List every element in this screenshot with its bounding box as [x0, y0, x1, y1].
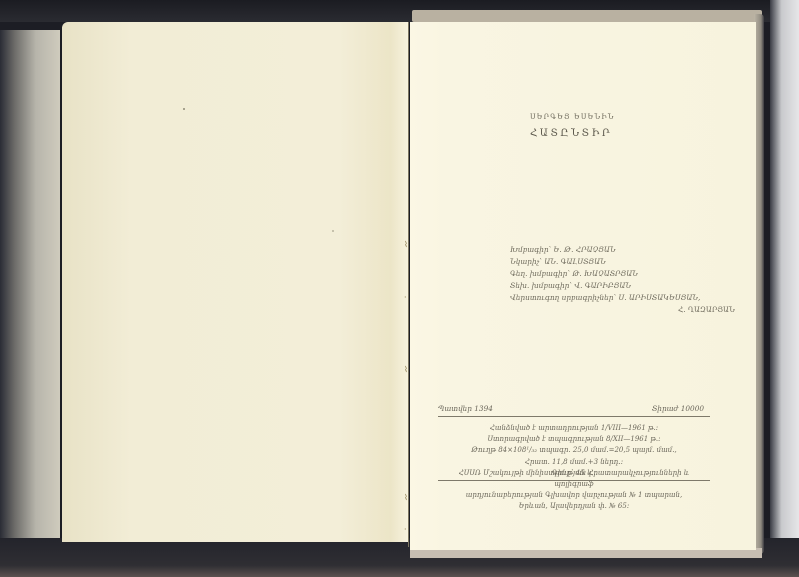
- imprint-line: Հանձնված է արտադրության 1/VIII—1961 թ.։: [438, 423, 710, 434]
- book-title: ՀԱՏԸՆՏԻՐ: [530, 128, 612, 139]
- credit-line: Գեղ. խմբագիր՝ Թ. ԽԱՉԱՏՐՅԱՆ: [510, 268, 735, 280]
- credit-line: Խմբագիր՝ Ե. Թ. ՀՐԱՉՅԱՆ: [510, 244, 735, 256]
- imprint-line: Ստորագրված է տպագրության 8/XII—1961 թ.։: [438, 434, 710, 445]
- author-name: ՍԵՐԳԵՅ ԵՍԵՆԻՆ: [530, 113, 615, 121]
- divider: [438, 416, 710, 417]
- order-number: Պատվեր 1394: [438, 404, 493, 413]
- scanner-right-edge: [770, 0, 799, 577]
- print-run: Տիրաժ 10000: [652, 404, 704, 413]
- imprint-line: Թուղթ 84×108¹/₃₂ տպագր. 25,0 մամ.=20,5 պ…: [438, 445, 710, 456]
- binding-stitch: ⌇: [404, 368, 412, 372]
- binding-stitch: ·: [404, 296, 412, 300]
- imprint-line: Հրատ. 11,8 մամ.+3 ներդ.։: [438, 457, 710, 468]
- binding-stitch: ·: [404, 528, 412, 532]
- left-page: [62, 22, 408, 542]
- binding-stitch: ⌇: [404, 496, 412, 500]
- credit-line: Հ. ՂԱԶԱՐՅԱՆ: [510, 304, 735, 316]
- printer-line: ՀՍՍՌ Մշակույթի մինիստրության Հրատարակչու…: [438, 468, 710, 490]
- scanner-left-edge: [0, 30, 60, 540]
- credit-line: Նկարիչ՝ ԱՆ. ԳԱԼՍՏՅԱՆ: [510, 256, 735, 268]
- credit-line: Վերստուգող սրբագրիչներ՝ Ս. ԱՐԻՍՏԱԿԵՍՅԱՆ,: [510, 292, 735, 304]
- credit-line: Տեխ. խմբագիր՝ Վ. ԳԱՐԻԲՅԱՆ: [510, 280, 735, 292]
- binding-stitch: ⌇: [404, 243, 412, 247]
- paper-speck: [332, 230, 334, 232]
- printer-line: արդյունաբերության Գլխավոր վարչության № 1…: [438, 490, 710, 501]
- book-spine-gutter: [408, 22, 409, 547]
- printer-line: Երևան, Ալավերդյան փ. № 65։: [438, 501, 710, 512]
- credits-block: Խմբագիր՝ Ե. Թ. ՀՐԱՉՅԱՆ Նկարիչ՝ ԱՆ. ԳԱԼՍՏ…: [510, 244, 735, 317]
- paper-speck: [183, 108, 185, 110]
- printer-block: ՀՍՍՌ Մշակույթի մինիստրության Հրատարակչու…: [438, 468, 710, 512]
- book-cover-top-edge: [412, 10, 762, 22]
